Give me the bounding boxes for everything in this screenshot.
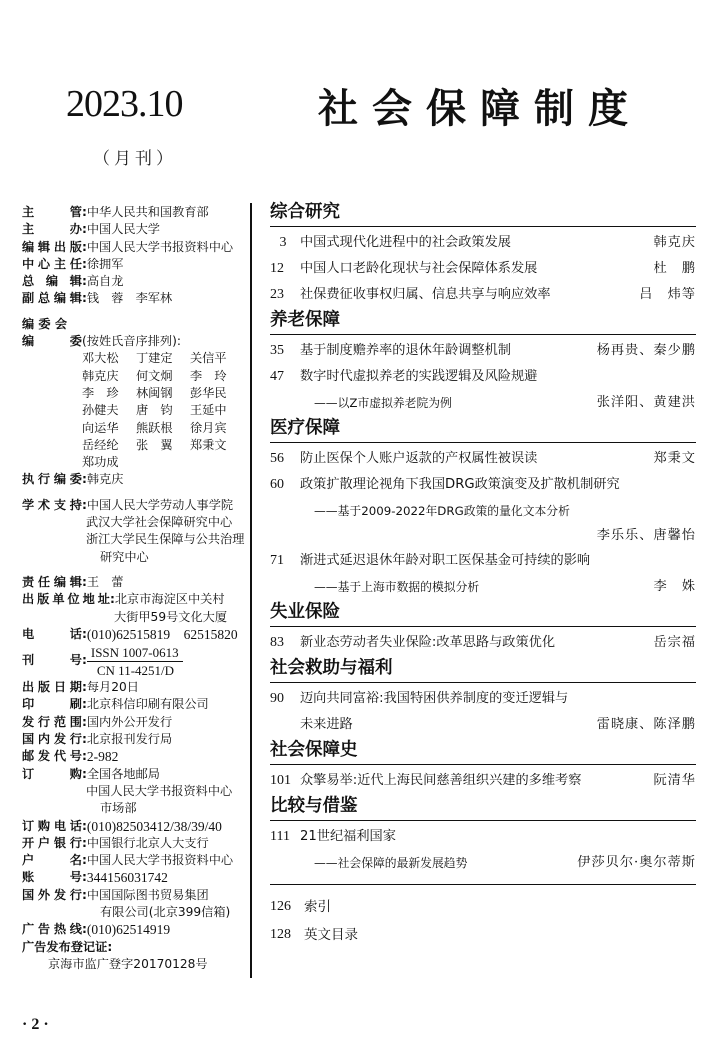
page-number: 23 [270, 282, 300, 308]
toc-entry[interactable]: 3中国式现代化进程中的社会政策发展韩克庆 [270, 230, 696, 256]
masthead-label: 电 话 [22, 626, 82, 643]
article-title: 数字时代虚拟养老的实践逻辑及风险规避 [300, 364, 696, 390]
board-member: 岳经纶 [82, 437, 134, 454]
issn: ISSN 1007-0613 [87, 644, 183, 662]
masthead-label: 主 办 [22, 221, 82, 238]
column-divider [250, 203, 252, 978]
board-title: 编 委 会 [22, 316, 250, 333]
page-number: 83 [270, 630, 300, 656]
board-row: 编 委(按姓氏音序排列): [22, 333, 250, 350]
board-member: 孙健夫 [82, 402, 134, 419]
masthead-value: 北京科信印刷有限公司 [87, 696, 209, 713]
toc-subtitle-row: ——以Z市虚拟养老院为例张洋阳、黄建洪 [270, 390, 696, 416]
masthead-label: 订购电话 [22, 818, 82, 835]
publish-date: 出版日期:每月20日 [22, 679, 250, 696]
page-number: 12 [270, 256, 300, 282]
board-note: (按姓氏音序排列): [82, 333, 181, 350]
page-number: 60 [270, 472, 300, 498]
academic-support: 学术支持:中国人民大学劳动人事学院 [22, 497, 250, 514]
article-author: 杜 鹏 [653, 256, 696, 282]
masthead-label: 执行编委 [22, 471, 82, 488]
section-heading: 社会救助与福利 [270, 656, 696, 683]
masthead-value: 中国人民大学劳动人事学院 [87, 497, 233, 514]
board-member: 邓大松 [82, 350, 134, 367]
masthead: 主 管:中华人民共和国教育部 主 办:中国人民大学 编辑出版:中国人民大学书报资… [22, 204, 250, 973]
masthead-label: 账 号 [22, 869, 82, 886]
page-number: 71 [270, 548, 300, 574]
page-number: 111 [270, 824, 300, 850]
masthead-value: 高自龙 [87, 273, 124, 290]
article-author: 杨再贵、秦少鹏 [597, 338, 696, 364]
article-title-continuation: 未来进路 [300, 712, 597, 738]
article-title: 政策扩散理论视角下我国DRG政策演变及扩散机制研究 [300, 472, 696, 498]
board-member: 韩克庆 [82, 368, 134, 385]
page-number: 35 [270, 338, 300, 364]
section-heading: 医疗保障 [270, 416, 696, 443]
masthead-value: 国内外公开发行 [87, 714, 172, 731]
article-title: 众擎易举:近代上海民间慈善组织兴建的多维考察 [300, 768, 653, 794]
masthead-value: 中国人民大学书报资料中心 [87, 852, 233, 869]
masthead-label: 中心主任 [22, 256, 82, 273]
board-member: 彭华民 [190, 385, 242, 402]
masthead-value: 北京市海淀区中关村 [115, 591, 225, 608]
toc-subtitle-row: ——基于上海市数据的模拟分析李 姝 [270, 574, 696, 600]
board-title-text: 编 委 会 [22, 316, 67, 333]
board-member: 何文炯 [136, 368, 188, 385]
cn-number: CN 11-4251/D [87, 662, 183, 679]
masthead-value: 浙江大学民生保障与公共治理 [22, 531, 250, 548]
page-number: 47 [270, 364, 300, 390]
masthead-value: 有限公司(北京399信箱) [22, 904, 250, 921]
page-number: 128 [270, 921, 304, 949]
toc-entry[interactable]: 71渐进式延迟退休年龄对职工医保基金可持续的影响 [270, 548, 696, 574]
toc-continuation-row: 未来进路雷晓康、陈泽鹏 [270, 712, 696, 738]
masthead-label: 出版单位地址 [22, 591, 110, 608]
article-subtitle: ——基于2009-2022年DRG政策的量化文本分析 [314, 498, 696, 524]
issue-number: 2023.10 [66, 82, 183, 126]
page-number: 90 [270, 686, 300, 712]
page-number: 126 [270, 893, 304, 921]
toc-subtitle-row: ——基于2009-2022年DRG政策的量化文本分析 [270, 498, 696, 524]
phone: 电 话:(010)62515819 62515820 [22, 626, 250, 643]
masthead-value: 中国人民大学书报资料中心 [87, 239, 233, 256]
masthead-label: 广告发布登记证 [22, 939, 107, 956]
masthead-label: 邮发代号 [22, 748, 82, 765]
masthead-label: 广告热线 [22, 921, 82, 938]
article-author: 伊莎贝尔·奥尔蒂斯 [577, 850, 696, 876]
board-member: 丁建定 [136, 350, 188, 367]
section-heading: 比较与借鉴 [270, 794, 696, 821]
executive-editor: 执行编委:韩克庆 [22, 471, 250, 488]
section-divider [270, 884, 696, 885]
article-subtitle: ——基于上海市数据的模拟分析 [314, 574, 653, 600]
masthead-value: (010)82503412/38/39/40 [87, 818, 222, 835]
masthead-value: 中华人民共和国教育部 [87, 204, 209, 221]
board-member: 王延中 [190, 402, 242, 419]
masthead-value: 每月20日 [87, 679, 139, 696]
masthead-value: 武汉大学社会保障研究中心 [22, 514, 250, 531]
frequency-label: （月刊） [93, 144, 177, 169]
board-member: 林闽钢 [136, 385, 188, 402]
toc-entry[interactable]: 11121世纪福利国家 [270, 824, 696, 850]
masthead-label: 开户银行 [22, 835, 82, 852]
section-heading: 综合研究 [270, 200, 696, 227]
masthead-label: 副总编辑 [22, 290, 82, 307]
masthead-value: (010)62515819 62515820 [87, 626, 238, 643]
board-member: 张 翼 [136, 437, 188, 454]
postal-code: 邮发代号:2-982 [22, 748, 250, 765]
article-title: 迈向共同富裕:我国特困供养制度的变迁逻辑与 [300, 686, 696, 712]
board-member: 关信平 [190, 350, 242, 367]
toc-entry[interactable]: 60政策扩散理论视角下我国DRG政策演变及扩散机制研究 [270, 472, 696, 498]
appendix-title: 索引 [304, 893, 696, 921]
masthead-value: (010)62514919 [87, 921, 170, 938]
toc-entry[interactable]: 47数字时代虚拟养老的实践逻辑及风险规避 [270, 364, 696, 390]
ad-license: 广告发布登记证: [22, 939, 250, 956]
board-member: 唐 钧 [136, 402, 188, 419]
article-title: 新业态劳动者失业保险:改革思路与政策优化 [300, 630, 653, 656]
masthead-value: 京海市监广登字20170128号 [22, 956, 250, 973]
masthead-label: 国内发行 [22, 731, 82, 748]
masthead-label: 户 名 [22, 852, 82, 869]
table-of-contents: 综合研究 3中国式现代化进程中的社会政策发展韩克庆 12中国人口老龄化现状与社会… [270, 200, 696, 949]
masthead-label: 订 购 [22, 766, 82, 783]
toc-entry[interactable]: 35基于制度赡养率的退休年龄调整机制杨再贵、秦少鹏 [270, 338, 696, 364]
masthead-row: 中心主任:徐拥军 [22, 256, 250, 273]
ad-hotline: 广告热线:(010)62514919 [22, 921, 250, 938]
masthead-value: 王 蕾 [87, 574, 124, 591]
subscription: 订 购:全国各地邮局 [22, 766, 250, 783]
article-author: 张洋阳、黄建洪 [597, 390, 696, 416]
board-label: 编 委 [22, 333, 82, 350]
article-title: 中国式现代化进程中的社会政策发展 [300, 230, 653, 256]
masthead-label: 印 刷 [22, 696, 82, 713]
article-title: 社保费征收事权归属、信息共享与响应效率 [300, 282, 639, 308]
article-title: 基于制度赡养率的退休年龄调整机制 [300, 338, 597, 364]
article-author: 郑秉文 [653, 446, 696, 472]
article-title: 21世纪福利国家 [300, 824, 696, 850]
masthead-label: 刊 号 [22, 652, 82, 669]
article-title: 防止医保个人账户返款的产权属性被误读 [300, 446, 653, 472]
domestic-distribution: 国内发行:北京报刊发行局 [22, 731, 250, 748]
masthead-label: 学术支持 [22, 497, 82, 514]
masthead-label: 发行范围 [22, 714, 82, 731]
toc-appendix-entry[interactable]: 126索引 [270, 893, 696, 921]
masthead-value: 2-982 [87, 748, 119, 765]
toc-entry[interactable]: 83新业态劳动者失业保险:改革思路与政策优化岳宗福 [270, 630, 696, 656]
masthead-value: 钱 蓉 李军林 [87, 290, 172, 307]
page-number: 3 [270, 230, 296, 256]
masthead-value: 大街甲59号文化大厦 [22, 609, 250, 626]
address: 出版单位地址:北京市海淀区中关村 [22, 591, 250, 608]
article-title: 中国人口老龄化现状与社会保障体系发展 [300, 256, 653, 282]
masthead-label: 主 管 [22, 204, 82, 221]
article-author: 阮清华 [653, 768, 696, 794]
toc-entry[interactable]: 101众擎易举:近代上海民间慈善组织兴建的多维考察阮清华 [270, 768, 696, 794]
masthead-row: 编辑出版:中国人民大学书报资料中心 [22, 239, 250, 256]
masthead-label: 责任编辑 [22, 574, 82, 591]
masthead-value: 市场部 [22, 800, 250, 817]
serial-number: 刊 号:ISSN 1007-0613CN 11-4251/D [22, 643, 250, 679]
bank: 开户银行:中国银行北京人大支行 [22, 835, 250, 852]
article-author: 吕 炜等 [639, 282, 696, 308]
page-number: 56 [270, 446, 300, 472]
appendix-title: 英文目录 [304, 921, 696, 949]
journal-title: 社会保障制度 [318, 77, 642, 134]
masthead-row: 主 管:中华人民共和国教育部 [22, 204, 250, 221]
masthead-row: 总 编 辑:高自龙 [22, 273, 250, 290]
board-member: 郑功成 [82, 454, 134, 471]
masthead-value: 韩克庆 [87, 471, 124, 488]
account-name: 户 名:中国人民大学书报资料中心 [22, 852, 250, 869]
masthead-label: 国外发行 [22, 887, 82, 904]
section-heading: 失业保险 [270, 600, 696, 627]
board-member: 郑秉文 [190, 437, 242, 454]
masthead-value: 全国各地邮局 [87, 766, 160, 783]
masthead-label: 编辑出版 [22, 239, 82, 256]
masthead-value: 北京报刊发行局 [87, 731, 172, 748]
article-author: 李乐乐、唐馨怡 [270, 524, 696, 548]
overseas-distribution: 国外发行:中国国际图书贸易集团 [22, 887, 250, 904]
account-number: 账 号:344156031742 [22, 869, 250, 886]
board-member: 熊跃根 [136, 420, 188, 437]
toc-entry[interactable]: 90迈向共同富裕:我国特困供养制度的变迁逻辑与 [270, 686, 696, 712]
masthead-row: 副总编辑:钱 蓉 李军林 [22, 290, 250, 307]
distribution-scope: 发行范围:国内外公开发行 [22, 714, 250, 731]
page-number: 101 [270, 768, 300, 794]
masthead-value: 研究中心 [22, 549, 250, 566]
masthead-value: 中国银行北京人大支行 [87, 835, 209, 852]
masthead-value: 徐拥军 [87, 256, 124, 273]
order-phone: 订购电话:(010)82503412/38/39/40 [22, 818, 250, 835]
printer: 印 刷:北京科信印刷有限公司 [22, 696, 250, 713]
section-heading: 养老保障 [270, 308, 696, 335]
article-author: 雷晓康、陈泽鹏 [597, 712, 696, 738]
toc-entry[interactable]: 23社保费征收事权归属、信息共享与响应效率吕 炜等 [270, 282, 696, 308]
toc-subtitle-row: ——社会保障的最新发展趋势伊莎贝尔·奥尔蒂斯 [270, 850, 696, 876]
masthead-value: 中国人民大学 [87, 221, 160, 238]
masthead-value: 中国人民大学书报资料中心 [22, 783, 250, 800]
article-subtitle: ——社会保障的最新发展趋势 [314, 850, 577, 876]
article-subtitle: ——以Z市虚拟养老院为例 [314, 390, 597, 416]
toc-appendix-entry[interactable]: 128英文目录 [270, 921, 696, 949]
toc-entry[interactable]: 56防止医保个人账户返款的产权属性被误读郑秉文 [270, 446, 696, 472]
masthead-value: 344156031742 [87, 869, 168, 886]
article-author: 李 姝 [653, 574, 696, 600]
masthead-label: 总 编 辑 [22, 273, 82, 290]
issn-fraction: ISSN 1007-0613CN 11-4251/D [87, 644, 183, 679]
board-member: 向运华 [82, 420, 134, 437]
board-member: 李 玲 [190, 368, 242, 385]
article-title: 渐进式延迟退休年龄对职工医保基金可持续的影响 [300, 548, 696, 574]
board-members: 邓大松 丁建定 关信平 韩克庆 何文炯 李 玲 李 珍 林闽钢 彭华民 孙健夫 … [22, 350, 250, 471]
section-heading: 社会保障史 [270, 738, 696, 765]
masthead-row: 主 办:中国人民大学 [22, 221, 250, 238]
masthead-label: 出版日期 [22, 679, 82, 696]
board-member: 徐月宾 [190, 420, 242, 437]
toc-entry[interactable]: 12中国人口老龄化现状与社会保障体系发展杜 鹏 [270, 256, 696, 282]
article-author: 岳宗福 [653, 630, 696, 656]
article-author: 韩克庆 [653, 230, 696, 256]
board-member: 李 珍 [82, 385, 134, 402]
masthead-value: 中国国际图书贸易集团 [87, 887, 209, 904]
responsible-editor: 责任编辑:王 蕾 [22, 574, 250, 591]
page-number-footer: · 2 · [22, 1016, 49, 1034]
